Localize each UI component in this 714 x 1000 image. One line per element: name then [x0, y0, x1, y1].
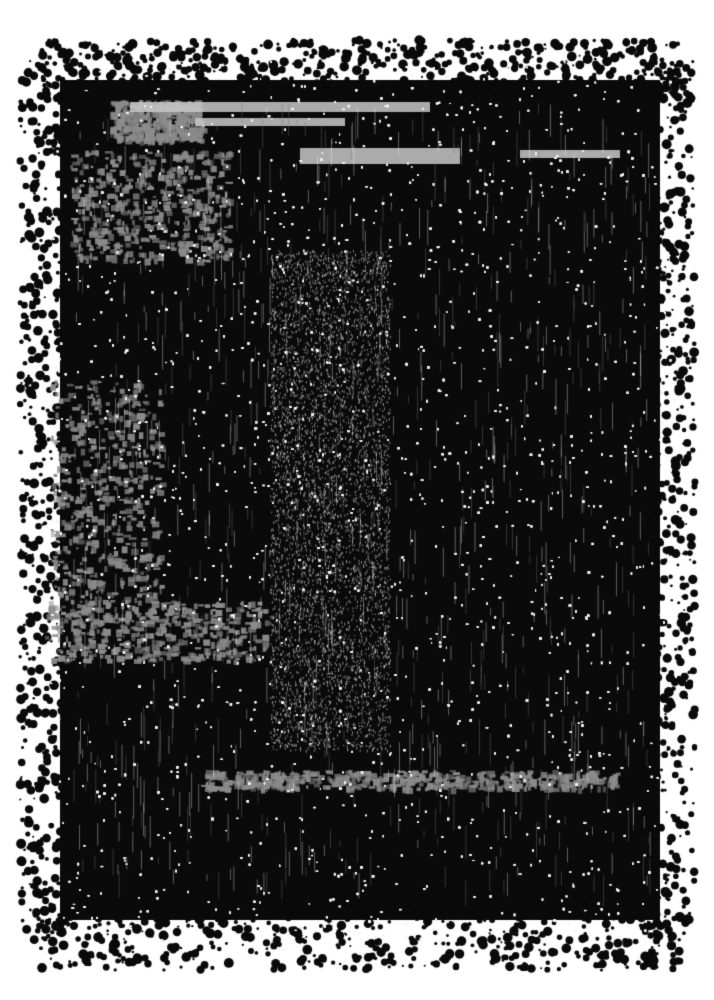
texture-canvas	[0, 0, 714, 1000]
